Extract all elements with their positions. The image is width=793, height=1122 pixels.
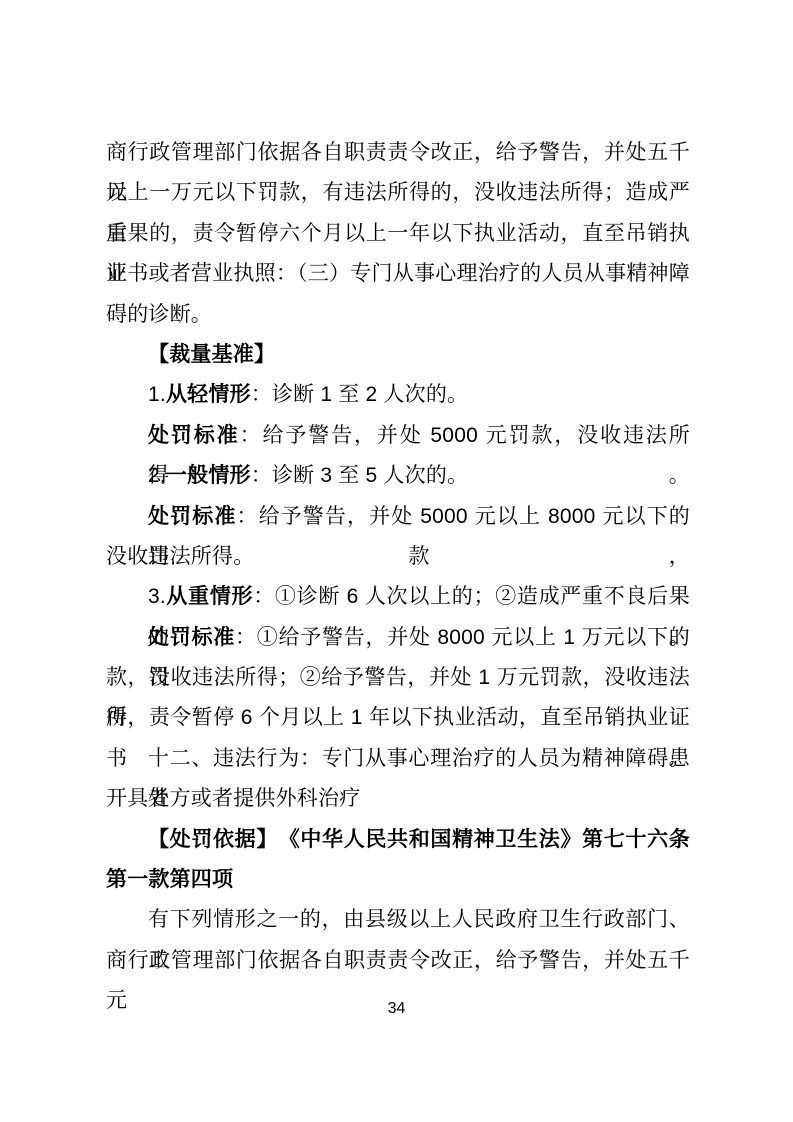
text-run: 没收违法所得。 (106, 545, 254, 568)
text-line: 以上一万元以下罚款，有违法所得的，没收违法所得；造成严重 (106, 173, 690, 213)
text-run: 1. (148, 383, 166, 406)
text-line: 有下列情形之一的，由县级以上人民政府卫生行政部门、工 (106, 900, 690, 940)
text-line: 处罚标准：①给予警告，并处 8000 元以上 1 万元以下的罚 (106, 618, 690, 658)
text-line: 后果的，责令暂停六个月以上一年以下执业活动，直至吊销执业 (106, 214, 690, 254)
text-line: 处罚标准：给予警告，并处 5000 元罚款，没收违法所得。 (106, 416, 690, 456)
text-run: 2. (148, 464, 166, 487)
text-run: ：诊断 1 至 2 人次的。 (251, 383, 469, 406)
bold-text-run: 处罚标准 (148, 424, 240, 447)
document-body: 商行政管理部门依据各自职责责令改正，给予警告，并处五千元以上一万元以下罚款，有违… (106, 133, 690, 981)
bold-text-run: 第一款第四项 (106, 868, 233, 891)
text-line: 【裁量基准】 (106, 335, 690, 375)
bold-text-run: 【裁量基准】 (148, 343, 275, 366)
text-line: 第一款第四项 (106, 860, 690, 900)
bold-text-run: 从轻情形 (166, 383, 251, 406)
text-run: 开具处方或者提供外科治疗 (106, 787, 360, 810)
text-line: 开具处方或者提供外科治疗 (106, 779, 690, 819)
text-line: 商行政管理部门依据各自职责责令改正，给予警告，并处五千元 (106, 941, 690, 981)
text-line: 款，没收违法所得；②给予警告，并处 1 万元罚款，没收违法所 (106, 658, 690, 698)
text-line: 【处罚依据】 《中华人民共和国精神卫生法》第七十六条 (106, 820, 690, 860)
bold-text-run: 处罚标准 (148, 505, 236, 528)
document-page: 商行政管理部门依据各自职责责令改正，给予警告，并处五千元以上一万元以下罚款，有违… (0, 0, 793, 1122)
text-line: 证书或者营业执照：（三）专门从事心理治疗的人员从事精神障 (106, 254, 690, 294)
page-number: 34 (0, 999, 793, 1019)
text-line: 得，责令暂停 6 个月以上 1 年以下执业活动，直至吊销执业证书。 (106, 698, 690, 738)
bold-text-run: 【处罚依据】 《中华人民共和国精神卫生法》第七十六条 (148, 828, 690, 851)
text-run: 碍的诊断。 (106, 303, 212, 326)
text-run: 3. (148, 585, 166, 608)
text-line: 处罚标准：给予警告，并处 5000 元以上 8000 元以下的罚款， (106, 497, 690, 537)
text-line: 3.从重情形：①诊断 6 人次以上的；②造成严重不良后果的。 (106, 577, 690, 617)
bold-text-run: 从重情形 (166, 585, 253, 608)
text-line: 碍的诊断。 (106, 295, 690, 335)
text-line: 十二、违法行为：专门从事心理治疗的人员为精神障碍患者 (106, 739, 690, 779)
text-line: 商行政管理部门依据各自职责责令改正，给予警告，并处五千元 (106, 133, 690, 173)
text-run: ：诊断 3 至 5 人次的。 (251, 464, 469, 487)
text-line: 1.从轻情形：诊断 1 至 2 人次的。 (106, 375, 690, 415)
bold-text-run: 一般情形 (166, 464, 251, 487)
bold-text-run: 处罚标准 (148, 626, 235, 649)
text-run: 证书或者营业执照：（三）专门从事心理治疗的人员从事精神障 (106, 262, 690, 285)
